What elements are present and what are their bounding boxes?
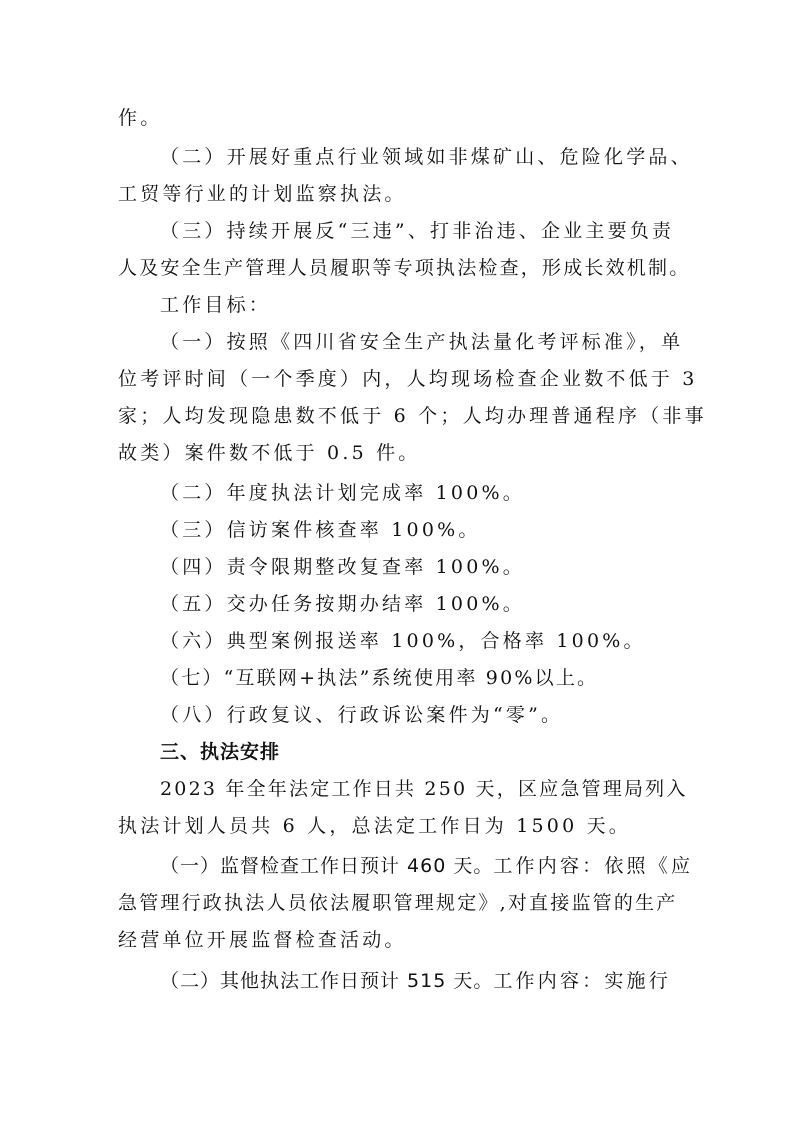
- paragraph-line: 位考评时间（一个季度）内，人均现场检查企业数不低于 3: [118, 367, 678, 391]
- paragraph-lead: （一）监督检查工作日预计 460 天。: [160, 855, 493, 877]
- list-item: （三）信访案件核查率 100%。: [160, 518, 720, 542]
- list-item: （六）典型案例报送率 100%，合格率 100%。: [160, 629, 720, 653]
- paragraph-line: （二）开展好重点行业领域如非煤矿山、危险化学品、: [160, 145, 720, 169]
- section-heading: 三、执法安排: [160, 740, 720, 764]
- paragraph-line: 家；人均发现隐患数不低于 6 个；人均办理普通程序（非事: [118, 404, 678, 428]
- paragraph-line: （一）按照《四川省安全生产执法量化考评标准》，单: [160, 330, 720, 354]
- paragraph-line: 执法计划人员共 6 人，总法定工作日为 1500 天。: [118, 814, 678, 838]
- paragraph-line: 急管理行政执法人员依法履职管理规定》,对直接监管的生产: [118, 891, 678, 915]
- paragraph-lead: （二）其他执法工作日预计 515 天。: [160, 970, 493, 992]
- paragraph-line: 作。: [118, 106, 678, 130]
- list-item: （二）年度执法计划完成率 100%。: [160, 481, 720, 505]
- paragraph-line: 人及安全生产管理人员履职等专项执法检查，形成长效机制。: [118, 256, 678, 280]
- paragraph-line: 故类）案件数不低于 0.5 件。: [118, 441, 678, 465]
- list-item: （八）行政复议、行政诉讼案件为“零”。: [160, 703, 720, 727]
- paragraph-line: 工贸等行业的计划监察执法。: [118, 182, 678, 206]
- paragraph-text: 工作内容：实施行: [493, 970, 671, 992]
- paragraph-line: （三）持续开展反“三违”、打非治违、企业主要负责: [160, 219, 720, 243]
- list-item: （七）“互联网+执法”系统使用率 90%以上。: [160, 666, 720, 690]
- document-page: 作。 （二）开展好重点行业领域如非煤矿山、危险化学品、 工贸等行业的计划监察执法…: [0, 0, 793, 1122]
- list-item: （四）责令限期整改复查率 100%。: [160, 555, 720, 579]
- paragraph-line: 2023 年全年法定工作日共 250 天，区应急管理局列入: [160, 777, 720, 801]
- paragraph-line: （一）监督检查工作日预计 460 天。工作内容：依照《应: [160, 854, 720, 878]
- paragraph-line: 经营单位开展监督检查活动。: [118, 928, 678, 952]
- paragraph-line: （二）其他执法工作日预计 515 天。工作内容：实施行: [160, 969, 720, 993]
- paragraph-text: 工作内容：依照《应: [493, 855, 693, 877]
- section-label: 工作目标：: [160, 293, 720, 317]
- list-item: （五）交办任务按期办结率 100%。: [160, 592, 720, 616]
